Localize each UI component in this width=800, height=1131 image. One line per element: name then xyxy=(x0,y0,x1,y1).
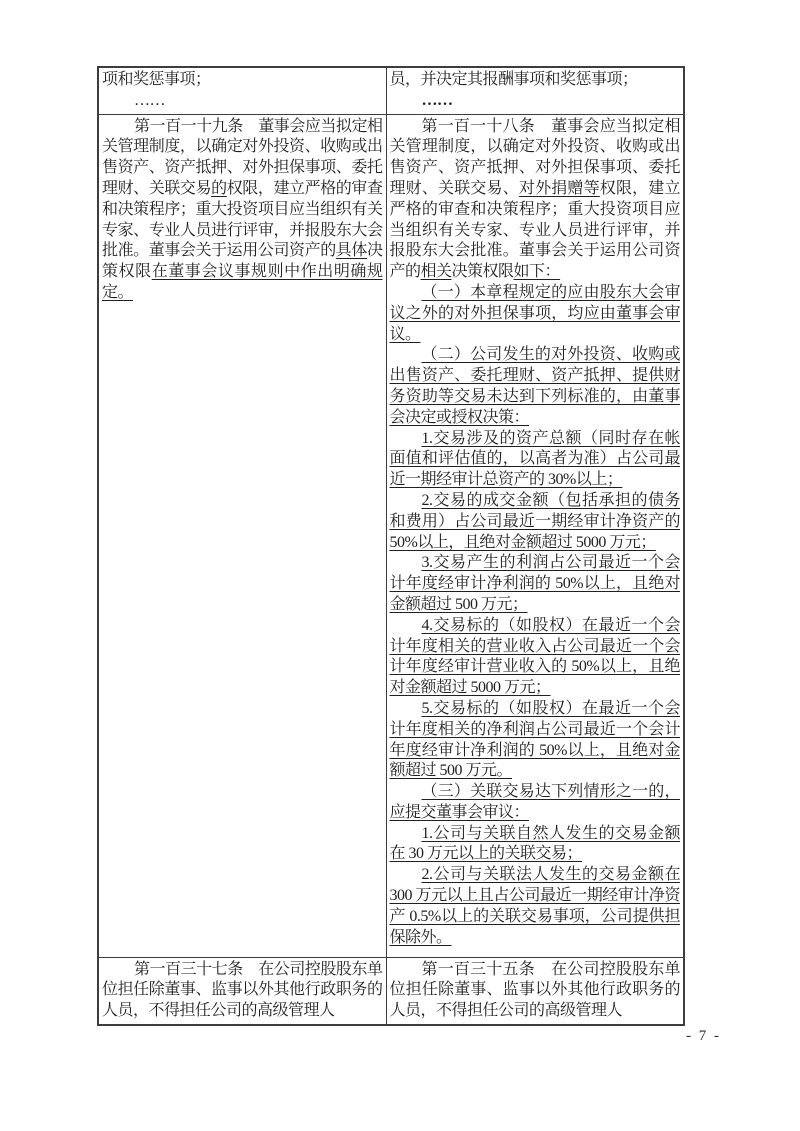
text-segment: 1.公司与关联自然人发生的交易金额在 30 万元以上的关联交易； xyxy=(390,825,681,863)
text-segment: 第一百三十七条 在公司控股股东单位担任除董事、监事以外其他行政职务的人员，不得担… xyxy=(102,961,383,1020)
clause-paragraph: 2.公司与关联法人发生的交易金额在 300 万元以上且占公司最近一期经审计净资产… xyxy=(390,865,681,948)
text-segment: 5.交易标的（如股权）在最近一个会计年度相关的净利润占公司最近一个会计年度经审计… xyxy=(390,700,681,779)
old-version-cell-article-119: 第一百一十九条 董事会应当拟定相关管理制度，以确定对外投资、收购或出售资产、资产… xyxy=(98,114,386,957)
ellipsis-new: …… xyxy=(390,91,681,112)
text-segment: 1.交易涉及的资产总额（同时存在帐面值和评估值的，以高者为准）占公司最近一期经审… xyxy=(390,430,681,489)
ellipsis-old: …… xyxy=(102,91,383,112)
clause-paragraph: 1.公司与关联自然人发生的交易金额在 30 万元以上的关联交易； xyxy=(390,824,681,866)
document-page: 项和奖惩事项； …… 员，并决定其报酬事项和奖惩事项； …… 第一百一十九条 董… xyxy=(0,0,800,1131)
text-segment: 第一百三十五条 在公司控股股东单位担任除董事、监事以外其他行政职务的人员，不得担… xyxy=(390,961,681,1020)
text-segment: …… xyxy=(422,92,453,109)
clause-paragraph: （二）公司发生的对外投资、收购或出售资产、委托理财、资产抵押、提供财务资助等交易… xyxy=(390,345,681,428)
clause-paragraph: 第一百一十九条 董事会应当拟定相关管理制度，以确定对外投资、收购或出售资产、资产… xyxy=(102,117,383,304)
text-segment: 员，并决定其报酬事项和奖惩事项； xyxy=(390,71,638,88)
clause-paragraph: 第一百三十七条 在公司控股股东单位担任除董事、监事以外其他行政职务的人员，不得担… xyxy=(102,960,383,1022)
new-version-cell-article-118: 第一百一十八条 董事会应当拟定相关管理制度，以确定对外投资、收购或出售资产、资产… xyxy=(386,114,684,957)
text-segment: 2.公司与关联法人发生的交易金额在 300 万元以上且占公司最近一期经审计净资产… xyxy=(390,866,681,945)
page-number: - 7 - xyxy=(686,1028,721,1045)
text-segment: 2.交易的成交金额（包括承担的债务和费用）占公司最近一期经审计净资产的 50%以… xyxy=(390,492,681,551)
table-row-article-119-118: 第一百一十九条 董事会应当拟定相关管理制度，以确定对外投资、收购或出售资产、资产… xyxy=(98,114,684,957)
text-segment: …… xyxy=(134,92,165,109)
clause-paragraph: 5.交易标的（如股权）在最近一个会计年度相关的净利润占公司最近一个会计年度经审计… xyxy=(390,699,681,782)
carryover-text-new: 员，并决定其报酬事项和奖惩事项； xyxy=(390,70,681,91)
text-segment: （一）本章程规定的应由股东大会审议之外的对外担保事项，均应由董事会审议。 xyxy=(390,284,681,343)
clause-paragraph: 第一百三十五条 在公司控股股东单位担任除董事、监事以外其他行政职务的人员，不得担… xyxy=(390,960,681,1022)
table-row-carryover: 项和奖惩事项； …… 员，并决定其报酬事项和奖惩事项； …… xyxy=(98,67,684,114)
text-segment: 具体 xyxy=(336,242,367,259)
table-row-article-137-135: 第一百三十七条 在公司控股股东单位担任除董事、监事以外其他行政职务的人员，不得担… xyxy=(98,957,684,1025)
text-segment: 决策权限 xyxy=(452,263,514,280)
new-version-cell-carryover: 员，并决定其报酬事项和奖惩事项； …… xyxy=(386,67,684,114)
clause-paragraph: （一）本章程规定的应由股东大会审议之外的对外担保事项，均应由董事会审议。 xyxy=(390,283,681,345)
text-segment: 对外捐赠等 xyxy=(519,180,600,197)
clause-paragraph: 第一百一十八条 董事会应当拟定相关管理制度，以确定对外投资、收购或出售资产、资产… xyxy=(390,117,681,283)
text-segment: （三）关联交易达下列情形之一的，应提交董事会审议： xyxy=(390,783,681,821)
clause-paragraph: 3.交易产生的利润占公司最近一个会计年度经审计净利润的 50%以上，且绝对金额超… xyxy=(390,553,681,615)
text-segment: 的 xyxy=(211,180,227,197)
text-segment: 相关 xyxy=(421,263,452,280)
text-segment: （二）公司发生的对外投资、收购或出售资产、委托理财、资产抵押、提供财务资助等交易… xyxy=(390,346,681,425)
text-segment: 如下： xyxy=(514,263,561,280)
old-version-cell-article-137: 第一百三十七条 在公司控股股东单位担任除董事、监事以外其他行政职务的人员，不得担… xyxy=(98,957,386,1025)
text-segment: 3.交易产生的利润占公司最近一个会计年度经审计净利润的 50%以上，且绝对金额超… xyxy=(390,554,681,613)
clause-paragraph: （三）关联交易达下列情形之一的，应提交董事会审议： xyxy=(390,782,681,824)
clause-paragraph: 4.交易标的（如股权）在最近一个会计年度相关的营业收入占公司最近一个会计年度经审… xyxy=(390,616,681,699)
old-version-cell-carryover: 项和奖惩事项； …… xyxy=(98,67,386,114)
carryover-text-old: 项和奖惩事项； xyxy=(102,70,383,91)
new-version-cell-article-135: 第一百三十五条 在公司控股股东单位担任除董事、监事以外其他行政职务的人员，不得担… xyxy=(386,957,684,1025)
comparison-table: 项和奖惩事项； …… 员，并决定其报酬事项和奖惩事项； …… 第一百一十九条 董… xyxy=(97,66,685,1026)
text-segment: 项和奖惩事项； xyxy=(102,71,211,88)
text-segment: 4.交易标的（如股权）在最近一个会计年度相关的营业收入占公司最近一个会计年度经审… xyxy=(390,617,681,696)
clause-paragraph: 2.交易的成交金额（包括承担的债务和费用）占公司最近一期经审计净资产的 50%以… xyxy=(390,491,681,553)
clause-paragraph: 1.交易涉及的资产总额（同时存在帐面值和评估值的，以高者为准）占公司最近一期经审… xyxy=(390,429,681,491)
